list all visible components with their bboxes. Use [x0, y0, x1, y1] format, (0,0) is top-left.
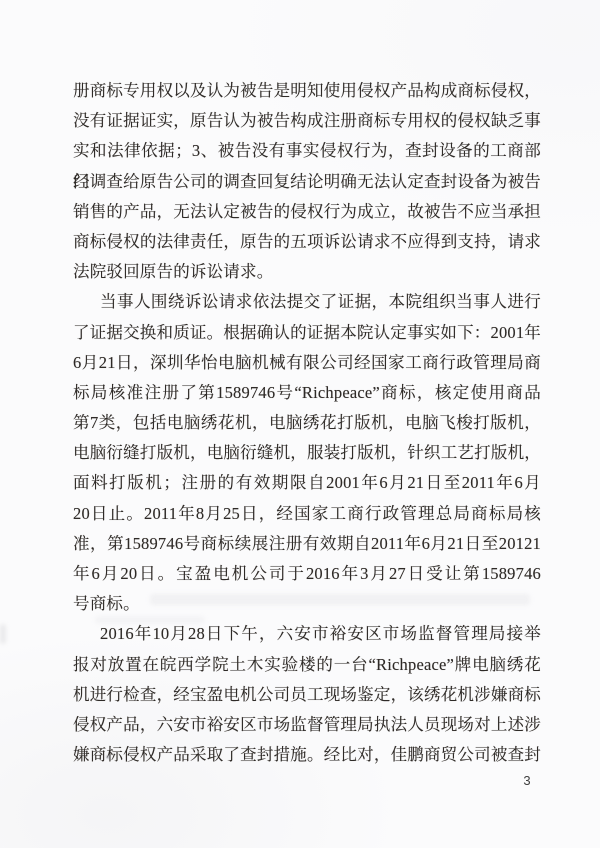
- text-line: 册商标专用权以及认为被告是明知使用侵权产品构成商标侵权，: [73, 76, 541, 106]
- text-line: 年6月20日。宝盈电机公司于2016年3月27日受让第1589746: [73, 559, 541, 589]
- scanned-document-page: 册商标专用权以及认为被告是明知使用侵权产品构成商标侵权，没有证据证实，原告认为被…: [0, 0, 600, 848]
- text-line: 侵权产品，六安市裕安区市场监督管理局执法人员现场对上述涉: [73, 710, 541, 740]
- text-line: 标局核准注册了第1589746号“Richpeace”商标，核定使用商品: [73, 378, 541, 408]
- scan-artifact: [0, 624, 6, 644]
- text-line: 当事人围绕诉讼请求依法提交了证据，本院组织当事人进行: [73, 287, 541, 317]
- text-line: 了证据交换和质证。根据确认的证据本院认定事实如下：2001年: [73, 318, 541, 348]
- text-line: 面料打版机；注册的有效期限自2001年6月21日至2011年6月: [73, 468, 541, 498]
- text-line: 报对放置在皖西学院土木实验楼的一台“Richpeace”牌电脑绣花: [73, 650, 541, 680]
- document-body: 册商标专用权以及认为被告是明知使用侵权产品构成商标侵权，没有证据证实，原告认为被…: [73, 76, 541, 770]
- text-line: 没有证据证实，原告认为被告构成注册商标专用权的侵权缺乏事: [73, 106, 541, 136]
- text-line: 实和法律依据；3、被告没有事实侵权行为，查封设备的工商部门: [73, 136, 541, 166]
- text-line: 号商标。: [73, 589, 541, 619]
- text-line: 2016年10月28日下午，六安市裕安区市场监督管理局接举: [73, 619, 541, 649]
- text-line: 商标侵权的法律责任，原告的五项诉讼请求不应得到支持，请求: [73, 227, 541, 257]
- text-line: 经调查给原告公司的调查回复结论明确无法认定查封设备为被告: [73, 167, 541, 197]
- text-line: 第7类，包括电脑绣花机，电脑绣花打版机，电脑飞梭打版机，: [73, 408, 541, 438]
- text-line: 准，第1589746号商标续展注册有效期自2011年6月21日至20121: [73, 529, 541, 559]
- text-line: 机进行检查，经宝盈电机公司员工现场鉴定，该绣花机涉嫌商标: [73, 680, 541, 710]
- text-line: 6月21日，深圳华怡电脑机械有限公司经国家工商行政管理局商: [73, 348, 541, 378]
- text-line: 20日止。2011年8月25日，经国家工商行政管理总局商标局核: [73, 499, 541, 529]
- text-line: 销售的产品，无法认定被告的侵权行为成立，故被告不应当承担: [73, 197, 541, 227]
- page-number: 3: [516, 773, 538, 789]
- text-line: 嫌商标侵权产品采取了查封措施。经比对，佳鹏商贸公司被查封: [73, 740, 541, 770]
- text-line: 法院驳回原告的诉讼请求。: [73, 257, 541, 287]
- text-line: 电脑衍缝打版机，电脑衍缝机，服装打版机，针织工艺打版机，: [73, 438, 541, 468]
